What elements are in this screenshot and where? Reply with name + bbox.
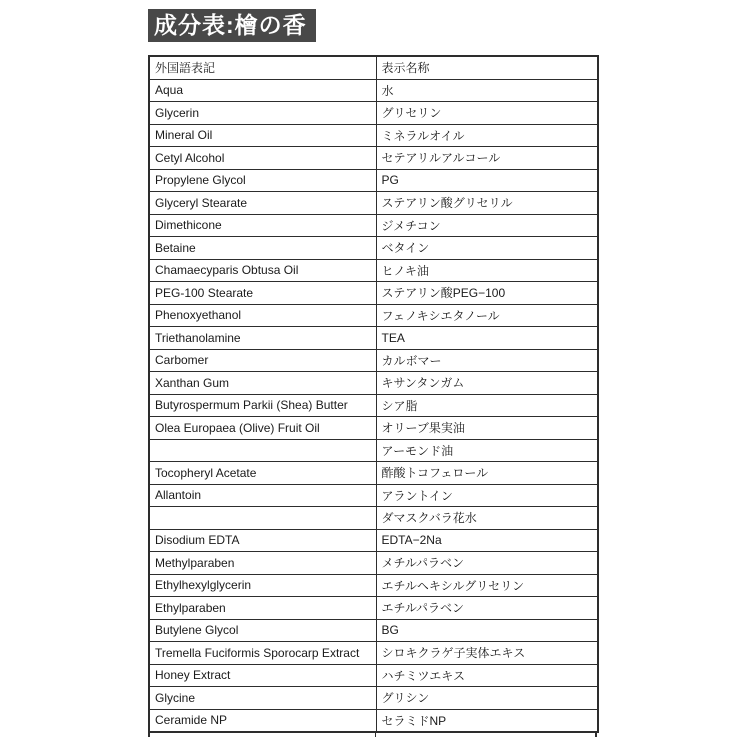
- foreign-name-cell: Dimethicone: [149, 214, 376, 237]
- display-name-cell: グリシン: [376, 687, 598, 710]
- display-name-cell: シア脂: [376, 394, 598, 417]
- foreign-name-cell: Ethylhexylglycerin: [149, 574, 376, 597]
- column-header-foreign: 外国語表記: [149, 56, 376, 79]
- table-row: Honey Extractハチミツエキス: [149, 664, 598, 687]
- display-name-cell: ステアリン酸PEG−100: [376, 282, 598, 305]
- foreign-name-cell: Betaine: [149, 237, 376, 260]
- display-name-cell: アーモンド油: [376, 439, 598, 462]
- table-row: Phenoxyethanolフェノキシエタノール: [149, 304, 598, 327]
- display-name-cell: オリーブ果実油: [376, 417, 598, 440]
- page-title: 成分表:檜の香: [148, 9, 316, 42]
- display-name-cell: ベタイン: [376, 237, 598, 260]
- ingredient-page: 成分表:檜の香 外国語表記 表示名称 Aqua水GlycerinグリセリンMin…: [0, 0, 750, 750]
- foreign-name-cell: Glyceryl Stearate: [149, 192, 376, 215]
- foreign-name-cell: Tremella Fuciformis Sporocarp Extract: [149, 642, 376, 665]
- display-name-cell: フェノキシエタノール: [376, 304, 598, 327]
- table-row: Disodium EDTAEDTA−2Na: [149, 529, 598, 552]
- foreign-name-cell: Ceramide NP: [149, 709, 376, 732]
- table-row: Chamaecyparis Obtusa Oilヒノキ油: [149, 259, 598, 282]
- table-row: TriethanolamineTEA: [149, 327, 598, 350]
- display-name-cell: セラミドNP: [376, 709, 598, 732]
- foreign-name-cell: Olea Europaea (Olive) Fruit Oil: [149, 417, 376, 440]
- foreign-name-cell: Methylparaben: [149, 552, 376, 575]
- display-name-cell: キサンタンガム: [376, 372, 598, 395]
- display-name-cell: シロキクラゲ子実体エキス: [376, 642, 598, 665]
- table-row: アーモンド油: [149, 439, 598, 462]
- table-row: Xanthan Gumキサンタンガム: [149, 372, 598, 395]
- display-name-cell: カルボマー: [376, 349, 598, 372]
- foreign-name-cell: Propylene Glycol: [149, 169, 376, 192]
- column-divider: [375, 731, 376, 737]
- foreign-name-cell: Aqua: [149, 79, 376, 102]
- display-name-cell: アラントイン: [376, 484, 598, 507]
- foreign-name-cell: Ethylparaben: [149, 597, 376, 620]
- foreign-name-cell: Xanthan Gum: [149, 372, 376, 395]
- header-row: 外国語表記 表示名称: [149, 56, 598, 79]
- foreign-name-cell: [149, 439, 376, 462]
- table-row: Mineral Oilミネラルオイル: [149, 124, 598, 147]
- display-name-cell: セテアリルアルコール: [376, 147, 598, 170]
- display-name-cell: ミネラルオイル: [376, 124, 598, 147]
- foreign-name-cell: Chamaecyparis Obtusa Oil: [149, 259, 376, 282]
- display-name-cell: ステアリン酸グリセリル: [376, 192, 598, 215]
- display-name-cell: TEA: [376, 327, 598, 350]
- table-row: Ceramide NPセラミドNP: [149, 709, 598, 732]
- table-row: Dimethiconeジメチコン: [149, 214, 598, 237]
- column-header-display: 表示名称: [376, 56, 598, 79]
- partial-next-row: [148, 731, 597, 737]
- foreign-name-cell: Tocopheryl Acetate: [149, 462, 376, 485]
- display-name-cell: グリセリン: [376, 102, 598, 125]
- foreign-name-cell: Glycerin: [149, 102, 376, 125]
- table-row: Glyceryl Stearateステアリン酸グリセリル: [149, 192, 598, 215]
- display-name-cell: BG: [376, 619, 598, 642]
- table-row: Glycerinグリセリン: [149, 102, 598, 125]
- table-row: Cetyl Alcoholセテアリルアルコール: [149, 147, 598, 170]
- table-row: Allantoinアラントイン: [149, 484, 598, 507]
- table-row: Betaineベタイン: [149, 237, 598, 260]
- table-row: Aqua水: [149, 79, 598, 102]
- foreign-name-cell: Disodium EDTA: [149, 529, 376, 552]
- table-row: Olea Europaea (Olive) Fruit Oilオリーブ果実油: [149, 417, 598, 440]
- display-name-cell: エチルパラベン: [376, 597, 598, 620]
- display-name-cell: エチルヘキシルグリセリン: [376, 574, 598, 597]
- table-row: Propylene GlycolPG: [149, 169, 598, 192]
- foreign-name-cell: Phenoxyethanol: [149, 304, 376, 327]
- table-row: Glycineグリシン: [149, 687, 598, 710]
- foreign-name-cell: Honey Extract: [149, 664, 376, 687]
- table-row: Ethylhexylglycerinエチルヘキシルグリセリン: [149, 574, 598, 597]
- table-row: PEG-100 Stearateステアリン酸PEG−100: [149, 282, 598, 305]
- foreign-name-cell: Glycine: [149, 687, 376, 710]
- display-name-cell: ハチミツエキス: [376, 664, 598, 687]
- display-name-cell: EDTA−2Na: [376, 529, 598, 552]
- foreign-name-cell: Triethanolamine: [149, 327, 376, 350]
- ingredient-table-body: Aqua水GlycerinグリセリンMineral OilミネラルオイルCety…: [149, 79, 598, 732]
- display-name-cell: ジメチコン: [376, 214, 598, 237]
- table-row: Methylparabenメチルパラベン: [149, 552, 598, 575]
- table-row: Tocopheryl Acetate酢酸トコフェロール: [149, 462, 598, 485]
- display-name-cell: ヒノキ油: [376, 259, 598, 282]
- ingredient-table: 外国語表記 表示名称 Aqua水GlycerinグリセリンMineral Oil…: [148, 55, 599, 733]
- foreign-name-cell: [149, 507, 376, 530]
- table-row: Ethylparabenエチルパラベン: [149, 597, 598, 620]
- display-name-cell: メチルパラベン: [376, 552, 598, 575]
- foreign-name-cell: PEG-100 Stearate: [149, 282, 376, 305]
- display-name-cell: 酢酸トコフェロール: [376, 462, 598, 485]
- foreign-name-cell: Mineral Oil: [149, 124, 376, 147]
- foreign-name-cell: Butyrospermum Parkii (Shea) Butter: [149, 394, 376, 417]
- table-row: ダマスクバラ花水: [149, 507, 598, 530]
- foreign-name-cell: Carbomer: [149, 349, 376, 372]
- foreign-name-cell: Allantoin: [149, 484, 376, 507]
- table-row: Butyrospermum Parkii (Shea) Butterシア脂: [149, 394, 598, 417]
- table-row: Tremella Fuciformis Sporocarp Extractシロキ…: [149, 642, 598, 665]
- foreign-name-cell: Butylene Glycol: [149, 619, 376, 642]
- display-name-cell: PG: [376, 169, 598, 192]
- display-name-cell: ダマスクバラ花水: [376, 507, 598, 530]
- table-row: Carbomerカルボマー: [149, 349, 598, 372]
- display-name-cell: 水: [376, 79, 598, 102]
- foreign-name-cell: Cetyl Alcohol: [149, 147, 376, 170]
- table-row: Butylene GlycolBG: [149, 619, 598, 642]
